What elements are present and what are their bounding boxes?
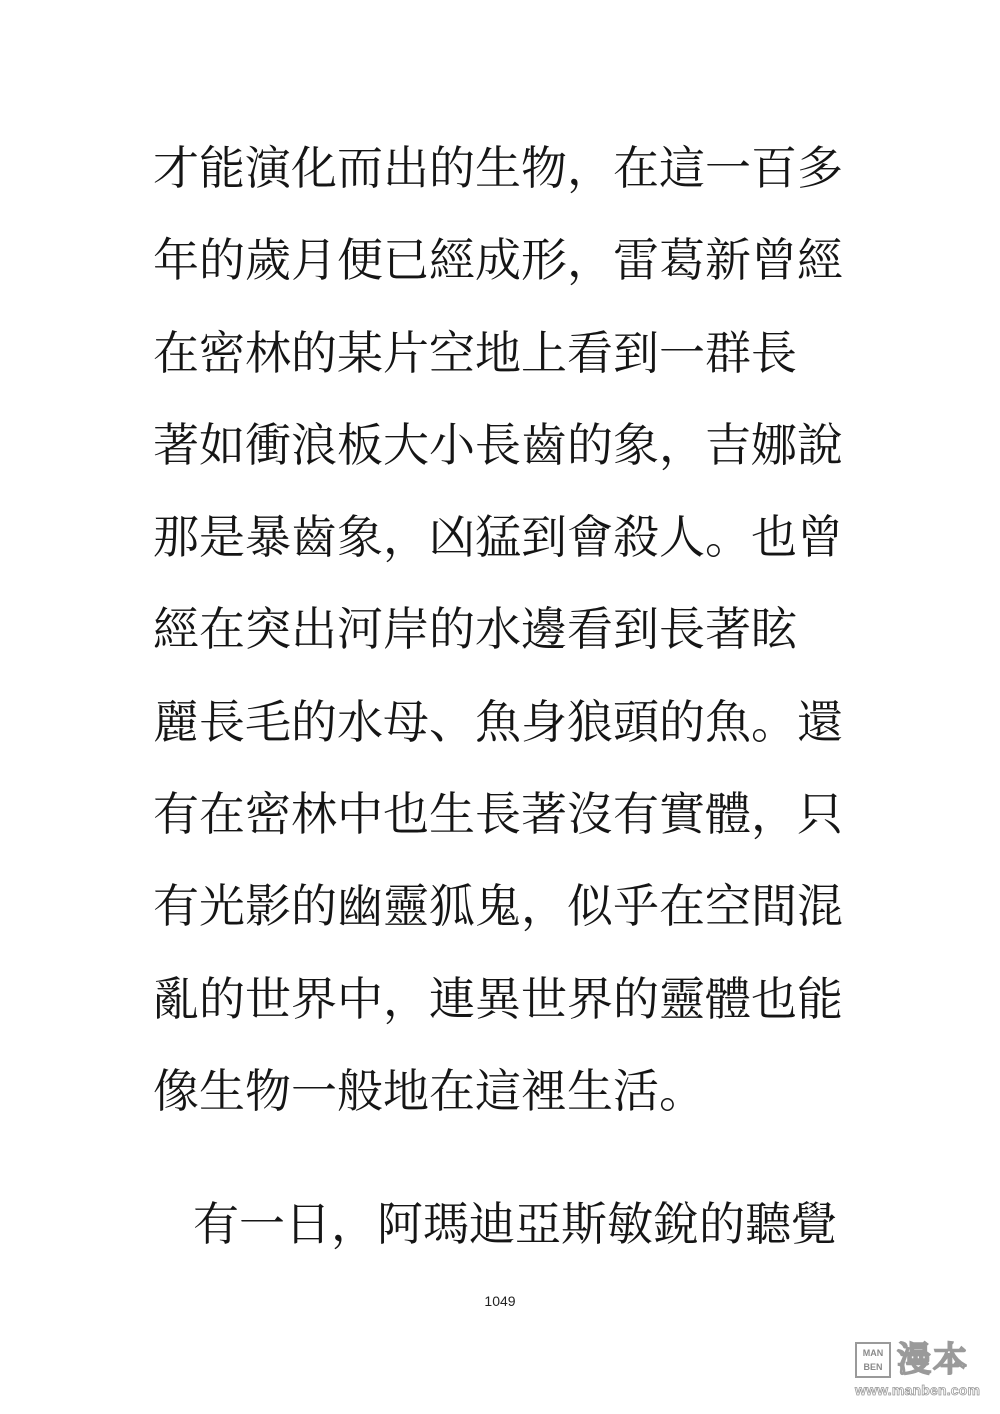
watermark: MAN BEN 漫本 www.manben.com [855,1342,990,1402]
watermark-url: www.manben.com [855,1382,990,1398]
text-line: 在密林的某片空地上看到一群長 [153,325,853,417]
watermark-chars: 漫本 [897,1340,969,1380]
text-line: 著如衝浪板大小長齒的象，吉娜說 [153,417,853,509]
text-line: 麗長毛的水母、魚身狼頭的魚。還 [153,694,853,786]
text-line: 有光影的幽靈狐鬼，似乎在空間混 [153,878,853,970]
text-line: 像生物一般地在這裡生活。 [153,1063,853,1155]
page-number: 1049 [0,1293,1000,1309]
text-line: 才能演化而出的生物，在這一百多 [153,140,853,232]
text-line: 經在突出河岸的水邊看到長著眩 [153,601,853,693]
next-paragraph-first-line: 有一日，阿瑪迪亞斯敏銳的聽覺 [193,1196,837,1252]
text-line: 年的歲月便已經成形，雷葛新曾經 [153,232,853,324]
document-page: 才能演化而出的生物，在這一百多 年的歲月便已經成形，雷葛新曾經 在密林的某片空地… [0,0,1000,1414]
text-line: 那是暴齒象，凶猛到會殺人。也曾 [153,509,853,601]
text-line: 亂的世界中，連異世界的靈體也能 [153,971,853,1063]
text-line: 有在密林中也生長著沒有實體，只 [153,786,853,878]
paragraph-body: 才能演化而出的生物，在這一百多 年的歲月便已經成形，雷葛新曾經 在密林的某片空地… [153,140,853,1155]
watermark-logo-top: MAN [857,1346,889,1360]
watermark-logo-icon: MAN BEN [855,1342,891,1378]
watermark-logo-bottom: BEN [857,1360,889,1374]
